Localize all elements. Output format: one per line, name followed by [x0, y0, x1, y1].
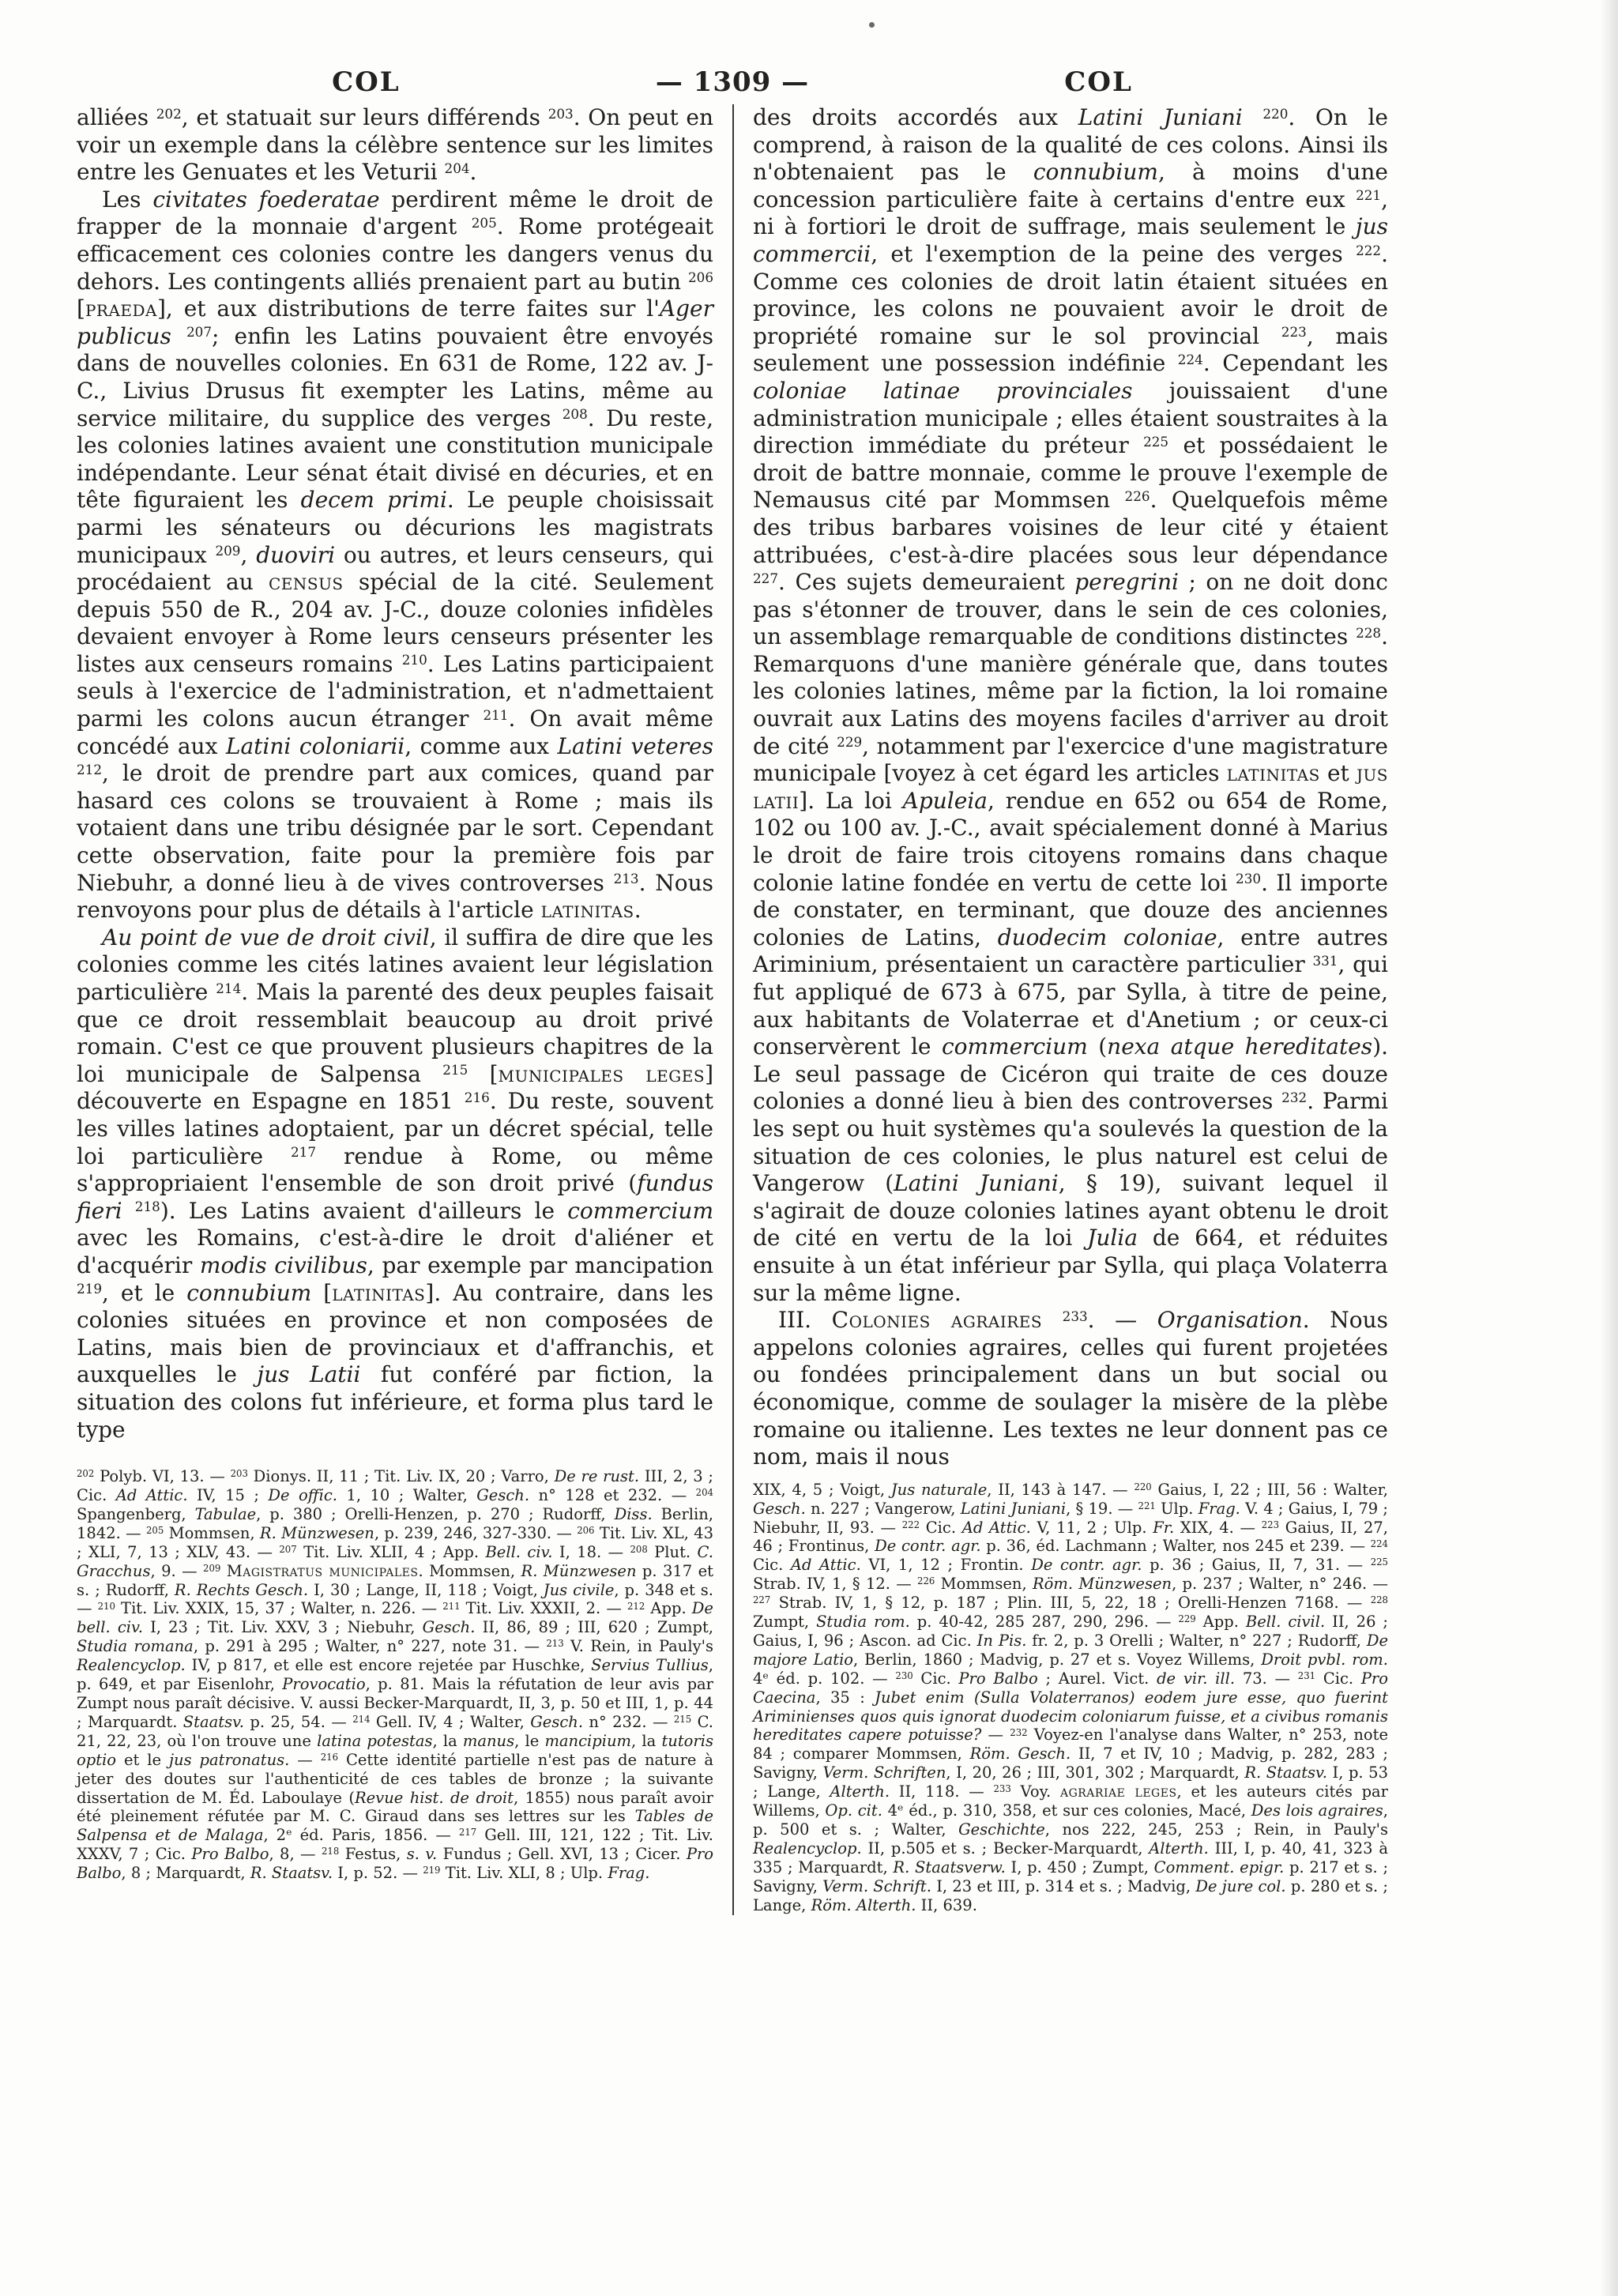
running-title-right: COL	[1064, 66, 1133, 98]
scan-artifact-dot	[869, 22, 875, 28]
column-right-body: des droits accordés aux Latini Juniani 2…	[753, 104, 1388, 1471]
text-block: alliées 202, et statuait sur leurs diffé…	[77, 104, 1388, 1915]
paragraph: Les civitates foederatae perdirent même …	[77, 186, 713, 924]
page-header: COL — 1309 — COL	[77, 66, 1388, 98]
paragraph: des droits accordés aux Latini Juniani 2…	[753, 104, 1388, 1307]
scanned-book-page: COL — 1309 — COL alliées 202, et statuai…	[0, 0, 1618, 2296]
column-left: alliées 202, et statuait sur leurs diffé…	[77, 104, 732, 1915]
paragraph: alliées 202, et statuait sur leurs diffé…	[77, 104, 713, 186]
paragraph: III. Colonies agraires 233. — Organisati…	[753, 1307, 1388, 1471]
paragraph: Au point de vue de droit civil, il suffi…	[77, 924, 713, 1443]
page-number: — 1309 —	[656, 66, 809, 98]
running-title-left: COL	[332, 66, 401, 98]
column-right-footnotes: XIX, 4, 5 ; Voigt, Jus naturale, II, 143…	[753, 1481, 1388, 1915]
page-edge-shadow	[1601, 0, 1618, 2296]
column-right: des droits accordés aux Latini Juniani 2…	[732, 104, 1388, 1915]
column-left-body: alliées 202, et statuait sur leurs diffé…	[77, 104, 713, 1443]
column-left-footnotes: 202 Polyb. VI, 13. — 203 Dionys. II, 11 …	[77, 1467, 713, 1883]
